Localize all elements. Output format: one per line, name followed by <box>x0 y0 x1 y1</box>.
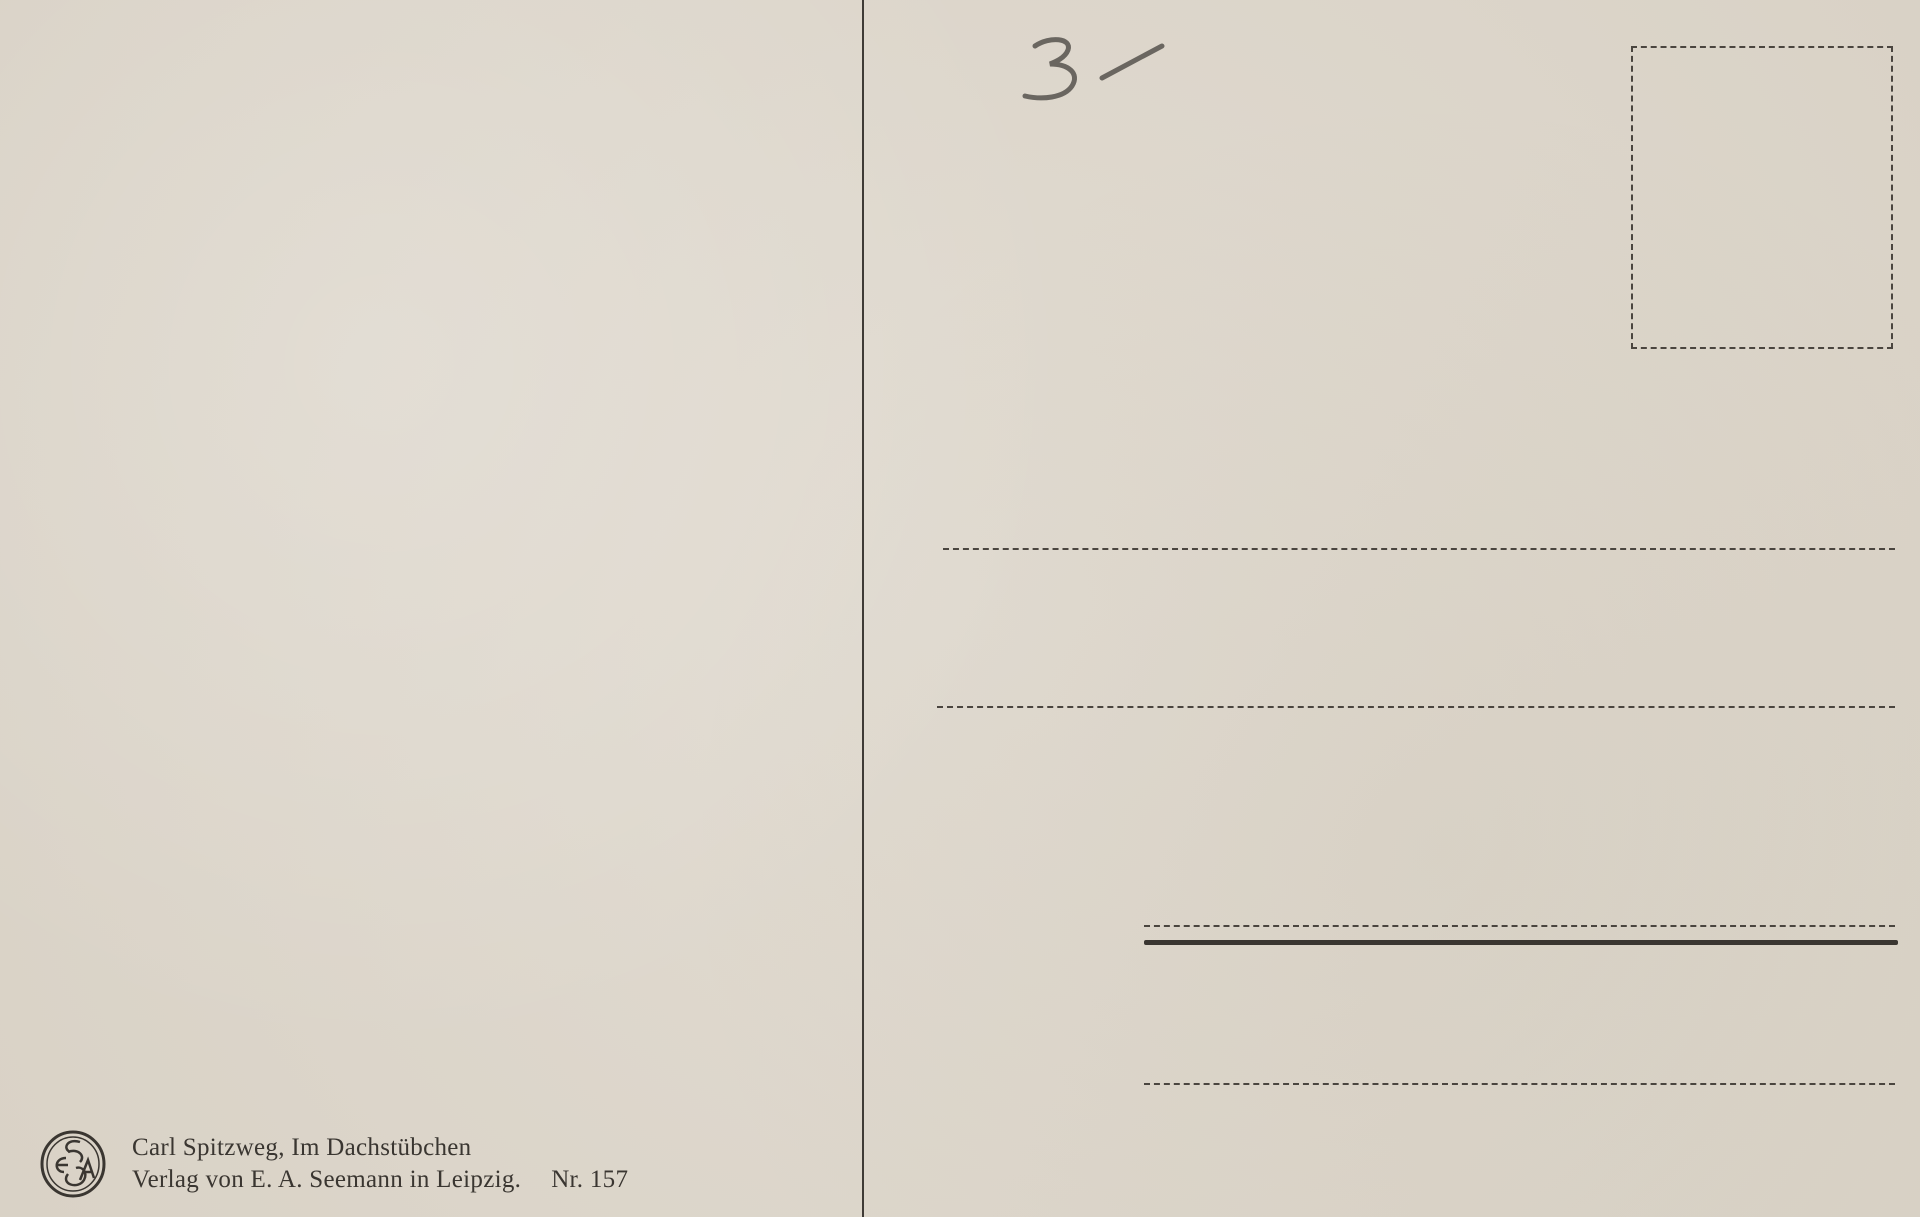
center-divider-line <box>862 0 864 1217</box>
pencil-mark-3 <box>1010 18 1170 108</box>
address-line-1 <box>943 548 1895 550</box>
artwork-title: Carl Spitzweg, Im Dachstübchen <box>132 1132 628 1164</box>
esa-monogram-icon <box>38 1128 108 1200</box>
footer-text: Carl Spitzweg, Im Dachstübchen Verlag vo… <box>132 1132 628 1196</box>
address-line-3 <box>1144 925 1895 927</box>
card-number: Nr. 157 <box>551 1166 628 1193</box>
stamp-placeholder-box <box>1631 46 1893 349</box>
address-line-2 <box>937 706 1895 708</box>
address-underline-bold <box>1144 940 1898 945</box>
address-line-4 <box>1144 1083 1895 1085</box>
publisher-footer: Carl Spitzweg, Im Dachstübchen Verlag vo… <box>38 1128 628 1200</box>
publisher-line: Verlag von E. A. Seemann in Leipzig. <box>132 1166 521 1193</box>
